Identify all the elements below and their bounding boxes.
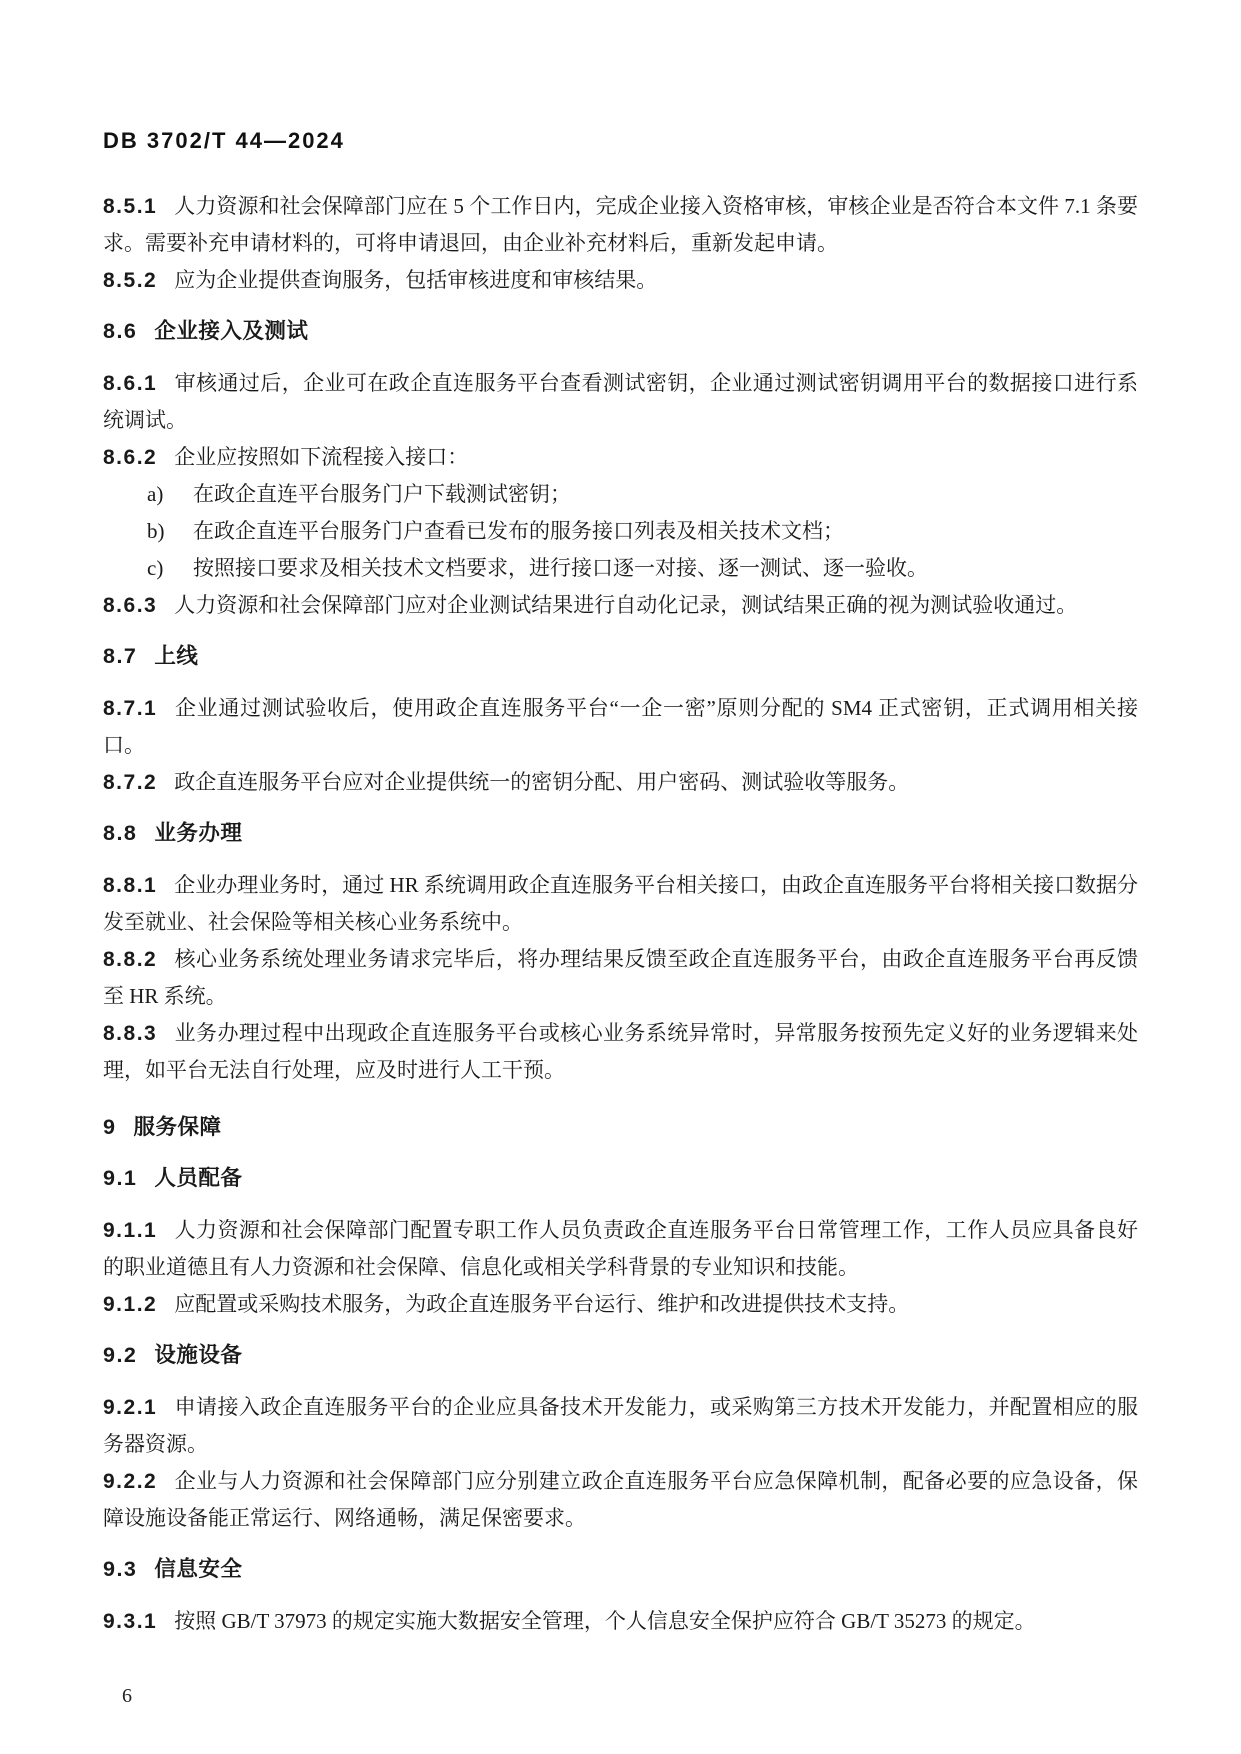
clause-text: 申请接入政企直连服务平台的企业应具备技术开发能力，或采购第三方技术开发能力，并配… xyxy=(103,1395,1138,1456)
clause-number: 8.6.3 xyxy=(103,594,157,617)
clause-number: 9.2.2 xyxy=(103,1470,157,1493)
section-number: 8.6 xyxy=(103,319,137,343)
list-item-label: a) xyxy=(147,476,169,513)
section-number: 9.2 xyxy=(103,1343,137,1367)
clause-text: 企业与人力资源和社会保障部门应分别建立政企直连服务平台应急保障机制，配备必要的应… xyxy=(103,1469,1138,1530)
clause-number: 9.1.2 xyxy=(103,1293,157,1316)
section-title: 人员配备 xyxy=(154,1166,242,1190)
section-heading-9-3: 9.3信息安全 xyxy=(103,1551,1138,1588)
clause-number: 9.2.1 xyxy=(103,1396,157,1419)
clause-8-6-1: 8.6.1审核通过后，企业可在政企直连服务平台查看测试密钥，企业通过测试密钥调用… xyxy=(103,365,1138,439)
section-heading-8-6: 8.6企业接入及测试 xyxy=(103,313,1138,350)
section-title: 上线 xyxy=(154,644,198,668)
clause-text: 核心业务系统处理业务请求完毕后，将办理结果反馈至政企直连服务平台，由政企直连服务… xyxy=(103,947,1138,1008)
section-heading-8-7: 8.7上线 xyxy=(103,638,1138,675)
clause-text: 政企直连服务平台应对企业提供统一的密钥分配、用户密码、测试验收等服务。 xyxy=(174,770,909,794)
clause-number: 9.3.1 xyxy=(103,1610,157,1633)
clause-8-5-1: 8.5.1人力资源和社会保障部门应在 5 个工作日内，完成企业接入资格审核，审核… xyxy=(103,188,1138,262)
list-item-label: c) xyxy=(147,550,169,587)
section-number: 9.3 xyxy=(103,1557,137,1581)
clause-number: 8.7.1 xyxy=(103,697,157,720)
clause-9-2-2: 9.2.2企业与人力资源和社会保障部门应分别建立政企直连服务平台应急保障机制，配… xyxy=(103,1463,1138,1537)
clause-8-8-3: 8.8.3业务办理过程中出现政企直连服务平台或核心业务系统异常时，异常服务按预先… xyxy=(103,1015,1138,1089)
clause-text: 企业应按照如下流程接入接口： xyxy=(174,445,468,469)
clause-9-1-2: 9.1.2应配置或采购技术服务，为政企直连服务平台运行、维护和改进提供技术支持。 xyxy=(103,1286,1138,1323)
chapter-title: 服务保障 xyxy=(133,1115,221,1139)
clause-9-3-1: 9.3.1按照 GB/T 37973 的规定实施大数据安全管理，个人信息安全保护… xyxy=(103,1603,1138,1640)
clause-text: 企业办理业务时，通过 HR 系统调用政企直连服务平台相关接口，由政企直连服务平台… xyxy=(103,873,1138,934)
section-heading-9-2: 9.2设施设备 xyxy=(103,1337,1138,1374)
clause-text: 人力资源和社会保障部门应对企业测试结果进行自动化记录，测试结果正确的视为测试验收… xyxy=(174,593,1077,617)
section-title: 企业接入及测试 xyxy=(154,319,308,343)
clause-number: 8.5.1 xyxy=(103,195,157,218)
clause-text: 应为企业提供查询服务，包括审核进度和审核结果。 xyxy=(174,268,657,292)
list-item-b: b)在政企直连平台服务门户查看已发布的服务接口列表及相关技术文档； xyxy=(103,513,1138,550)
chapter-heading-9: 9服务保障 xyxy=(103,1109,1138,1146)
clause-text: 人力资源和社会保障部门配置专职工作人员负责政企直连服务平台日常管理工作，工作人员… xyxy=(103,1218,1138,1279)
list-item-a: a)在政企直连平台服务门户下载测试密钥； xyxy=(103,476,1138,513)
list-item-text: 在政企直连平台服务门户查看已发布的服务接口列表及相关技术文档； xyxy=(193,519,844,543)
clause-9-1-1: 9.1.1人力资源和社会保障部门配置专职工作人员负责政企直连服务平台日常管理工作… xyxy=(103,1212,1138,1286)
page-number: 6 xyxy=(122,1685,132,1708)
list-item-label: b) xyxy=(147,513,169,550)
clause-number: 8.6.1 xyxy=(103,372,157,395)
clause-text: 应配置或采购技术服务，为政企直连服务平台运行、维护和改进提供技术支持。 xyxy=(174,1292,909,1316)
section-heading-9-1: 9.1人员配备 xyxy=(103,1160,1138,1197)
section-number: 8.8 xyxy=(103,821,137,845)
clause-number: 8.5.2 xyxy=(103,269,157,292)
list-item-text: 按照接口要求及相关技术文档要求，进行接口逐一对接、逐一测试、逐一验收。 xyxy=(193,556,928,580)
clause-number: 8.8.2 xyxy=(103,948,157,971)
clause-text: 审核通过后，企业可在政企直连服务平台查看测试密钥，企业通过测试密钥调用平台的数据… xyxy=(103,371,1138,432)
clause-number: 8.8.3 xyxy=(103,1022,157,1045)
section-number: 9.1 xyxy=(103,1166,137,1190)
clause-8-7-2: 8.7.2政企直连服务平台应对企业提供统一的密钥分配、用户密码、测试验收等服务。 xyxy=(103,764,1138,801)
clause-number: 8.6.2 xyxy=(103,446,157,469)
clause-8-5-2: 8.5.2应为企业提供查询服务，包括审核进度和审核结果。 xyxy=(103,262,1138,299)
clause-8-6-3: 8.6.3人力资源和社会保障部门应对企业测试结果进行自动化记录，测试结果正确的视… xyxy=(103,587,1138,624)
clause-text: 业务办理过程中出现政企直连服务平台或核心业务系统异常时，异常服务按预先定义好的业… xyxy=(103,1021,1138,1082)
clause-text: 企业通过测试验收后，使用政企直连服务平台“一企一密”原则分配的 SM4 正式密钥… xyxy=(103,696,1138,757)
document-page: DB 3702/T 44—2024 8.5.1人力资源和社会保障部门应在 5 个… xyxy=(0,0,1241,1754)
section-title: 设施设备 xyxy=(154,1343,242,1367)
section-title: 业务办理 xyxy=(154,821,242,845)
section-title: 信息安全 xyxy=(154,1557,242,1581)
clause-number: 8.7.2 xyxy=(103,771,157,794)
clause-text: 人力资源和社会保障部门应在 5 个工作日内，完成企业接入资格审核，审核企业是否符… xyxy=(103,194,1138,255)
clause-8-8-1: 8.8.1企业办理业务时，通过 HR 系统调用政企直连服务平台相关接口，由政企直… xyxy=(103,867,1138,941)
clause-number: 9.1.1 xyxy=(103,1219,157,1242)
list-item-c: c)按照接口要求及相关技术文档要求，进行接口逐一对接、逐一测试、逐一验收。 xyxy=(103,550,1138,587)
standard-number-header: DB 3702/T 44—2024 xyxy=(103,128,1138,154)
clause-9-2-1: 9.2.1申请接入政企直连服务平台的企业应具备技术开发能力，或采购第三方技术开发… xyxy=(103,1389,1138,1463)
clause-text: 按照 GB/T 37973 的规定实施大数据安全管理，个人信息安全保护应符合 G… xyxy=(174,1609,1035,1633)
clause-number: 8.8.1 xyxy=(103,874,157,897)
list-item-text: 在政企直连平台服务门户下载测试密钥； xyxy=(193,482,571,506)
clause-8-8-2: 8.8.2核心业务系统处理业务请求完毕后，将办理结果反馈至政企直连服务平台，由政… xyxy=(103,941,1138,1015)
document-body: 8.5.1人力资源和社会保障部门应在 5 个工作日内，完成企业接入资格审核，审核… xyxy=(103,188,1138,1640)
clause-8-7-1: 8.7.1企业通过测试验收后，使用政企直连服务平台“一企一密”原则分配的 SM4… xyxy=(103,690,1138,764)
chapter-number: 9 xyxy=(103,1115,116,1139)
clause-8-6-2: 8.6.2企业应按照如下流程接入接口： xyxy=(103,439,1138,476)
section-number: 8.7 xyxy=(103,644,137,668)
section-heading-8-8: 8.8业务办理 xyxy=(103,815,1138,852)
